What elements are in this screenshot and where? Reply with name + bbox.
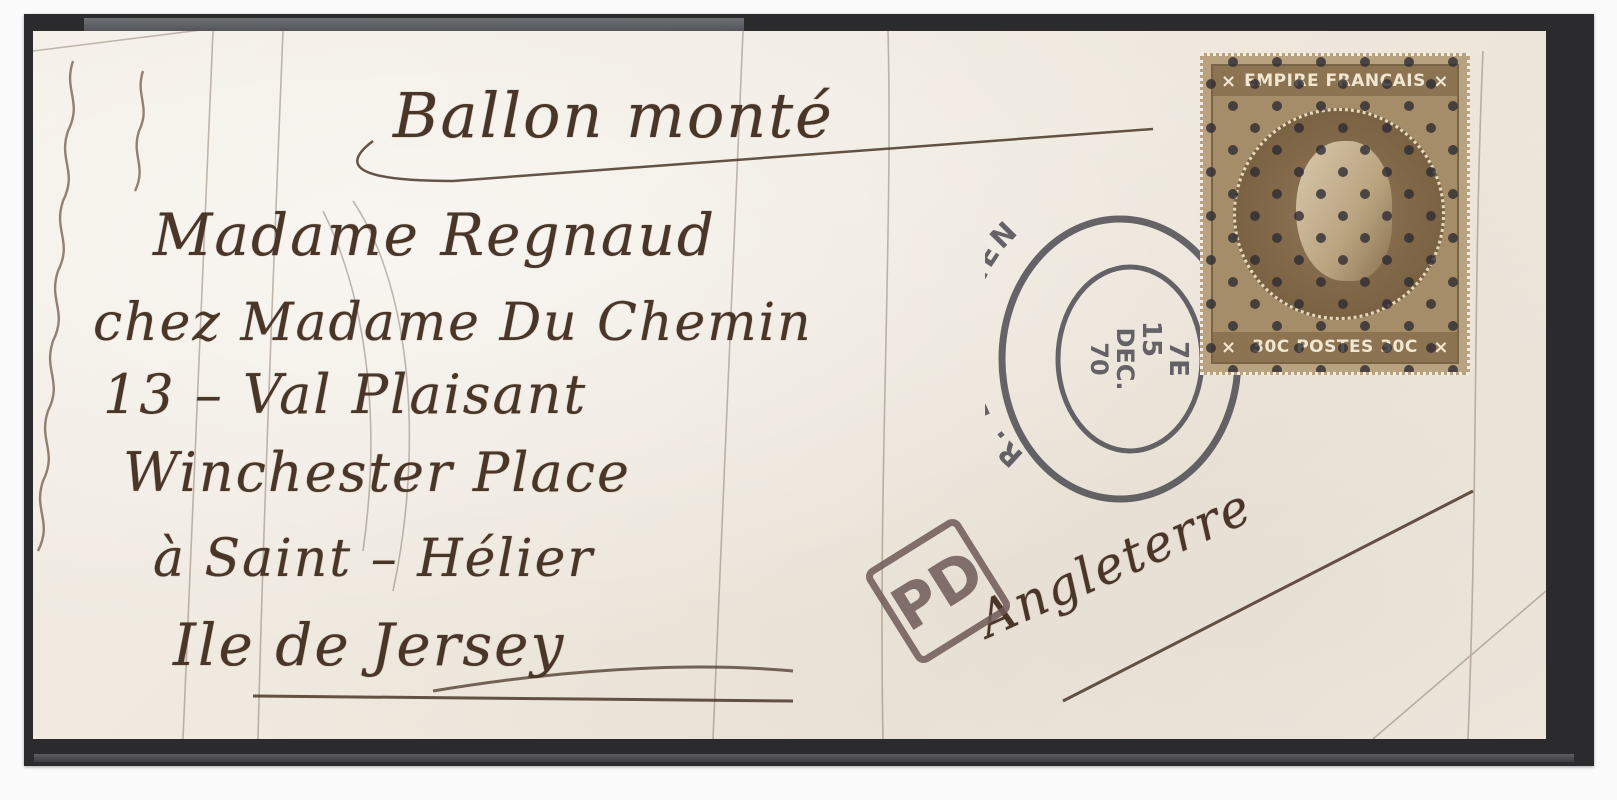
pd-text: PD	[862, 515, 1014, 667]
ballon-monte-heading: Ballon monté	[393, 79, 834, 152]
address-line-island: Ile de Jersey	[173, 611, 565, 679]
address-line-town: à Saint – Hélier	[153, 529, 594, 589]
address-line-recipient: Madame Regnaud	[153, 201, 716, 269]
postage-stamp: × EMPIRE FRANCAIS × × 30C POSTES 30C ×	[1200, 53, 1470, 375]
address-line-care-of: chez Madame Du Chemin	[93, 293, 813, 353]
postal-cover: Ballon monté Madame Regnaud chez Madame …	[33, 31, 1546, 739]
postmark-day: 15	[1136, 321, 1166, 357]
pd-boxed-handstamp: PD	[863, 516, 1013, 666]
address-line-place: Winchester Place	[123, 441, 631, 504]
postmark-month: DEC.	[1111, 327, 1139, 390]
postmark-prefix: 7E	[1163, 341, 1193, 377]
protective-sleeve-bottom	[34, 754, 1574, 762]
address-line-street: 13 – Val Plaisant	[103, 363, 587, 426]
losange-cancel-icon	[1203, 56, 1467, 372]
postmark-year: 70	[1085, 342, 1113, 375]
